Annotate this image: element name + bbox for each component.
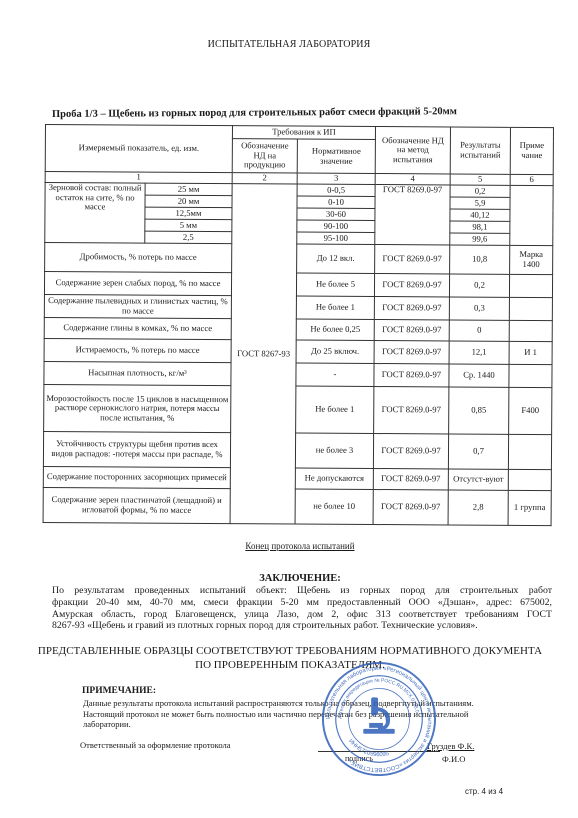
table-row: Истираемость, % потерь по массеДо 25 вкл… — [44, 338, 552, 364]
header-indicator: Измеряемый показатель, ед. изм. — [45, 125, 232, 173]
header-product-nd: Обозначение НД на продукцию — [232, 139, 297, 173]
result-value: 40,12 — [450, 209, 510, 221]
conclusion-line: По результатам проведенных испытаний объ… — [52, 585, 552, 597]
normative-value: - — [296, 363, 374, 386]
header-normative-value: Нормативное значение — [297, 139, 375, 173]
method-nd: ГОСТ 8269.0-97 — [374, 341, 449, 364]
conclusion-line: фракции 20-40 мм, 40-70 мм, смеси фракци… — [52, 597, 552, 609]
note-value — [509, 274, 552, 297]
svg-text:Аттестат аккредитации № РОСС R: Аттестат аккредитации № РОСС RU.МСК.0118… — [338, 678, 420, 720]
note-value — [509, 297, 552, 320]
table-row: Содержание зерен слабых пород, % по масс… — [44, 272, 552, 298]
normative-value: 30-60 — [297, 208, 375, 220]
result-value: 2,8 — [448, 490, 508, 525]
sieve-size: 20 мм — [145, 195, 232, 208]
verdict-line: ПО ПРОВЕРЕННЫМ ПОКАЗАТЕЛЯМ. — [0, 659, 578, 673]
table-row: Устойчивость структуры щебня против всех… — [43, 431, 551, 469]
result-value: 0 — [449, 320, 509, 341]
table-row: Морозостойкость после 15 циклов в насыще… — [44, 384, 552, 434]
result-value: Ср. 1440 — [449, 364, 509, 387]
indicator: Морозостойкость после 15 циклов в насыще… — [44, 384, 231, 432]
result-value: 0,2 — [450, 185, 510, 197]
svg-text:ИНН5720996095: ИНН5720996095 — [347, 738, 390, 758]
indicator: Истираемость, % потерь по массе — [44, 338, 231, 362]
column-number: 5 — [450, 174, 510, 185]
result-value: 5,9 — [450, 197, 510, 209]
indicator: Содержание зерен слабых пород, % по масс… — [44, 272, 231, 296]
table-row: Дробимость, % потерь по массеДо 12 вкл.Г… — [45, 243, 553, 275]
sieve-size: 12,5мм — [145, 207, 232, 220]
note-value: 1 группа — [508, 490, 551, 525]
normative-value: Не допускаются — [295, 468, 373, 489]
lab-title: ИСПЫТАТЕЛЬНАЯ ЛАБОРАТОРИЯ — [0, 39, 578, 50]
normative-value: не более 10 — [295, 489, 373, 524]
sieve-size: 2,5 — [145, 231, 232, 244]
normative-value: 0-10 — [297, 196, 375, 208]
result-value: 10,8 — [450, 245, 510, 274]
page-number: стр. 4 из 4 — [465, 787, 503, 796]
conclusion-title: ЗАКЛЮЧЕНИЕ: — [0, 573, 578, 584]
sieve-size: 25 мм — [145, 183, 232, 196]
method-nd: ГОСТ 8269.0-97 — [375, 245, 450, 274]
end-of-protocol-note: Конец протокола испытаний — [0, 541, 578, 551]
note-line: Настоящий протокол не может быть полност… — [83, 709, 503, 730]
column-number: 6 — [510, 174, 553, 185]
header-requirements: Требования к ИП — [232, 126, 375, 140]
note-value — [508, 469, 551, 490]
table-row: Содержание пылевидных и глинистых частиц… — [44, 294, 552, 320]
result-value: 0,85 — [449, 387, 509, 434]
product-nd: ГОСТ 8267-93 — [230, 184, 297, 524]
column-number: 3 — [297, 173, 375, 184]
sample-title: Проба 1/3 – Щебень из горных пород для с… — [52, 106, 457, 120]
responsible-label: Ответственный за оформление протокола — [80, 740, 231, 750]
result-value: 0,2 — [449, 274, 509, 297]
conclusion-text: По результатам проведенных испытаний объ… — [52, 585, 552, 632]
method-nd: ГОСТ 8269.0-97 — [374, 387, 449, 434]
note-value — [509, 320, 552, 341]
note-title: ПРИМЕЧАНИЕ: — [82, 686, 156, 696]
normative-value: Не более 1 — [296, 296, 374, 319]
method-nd: ГОСТ 8269.0-97 — [374, 297, 449, 320]
result-value: 0,3 — [449, 297, 509, 320]
indicator: Содержание глины в комках, % по массе — [44, 317, 231, 339]
table-row: Содержание зерен пластинчатой (лещадной)… — [43, 487, 551, 525]
note-value: И 1 — [509, 341, 552, 364]
indicator: Насыпная плотность, кг/м³ — [44, 361, 231, 385]
normative-value: 90-100 — [297, 220, 375, 232]
note-text: Данные результаты протокола испытаний ра… — [83, 698, 503, 730]
normative-value: не более 3 — [295, 433, 373, 468]
indicator: Содержание пылевидных и глинистых частиц… — [44, 294, 231, 318]
test-results-table: Измеряемый показатель, ед. изм.Требовани… — [43, 124, 554, 526]
sieve-size: 5 мм — [145, 219, 232, 232]
result-value: 12,1 — [449, 341, 509, 364]
lab-stamp-icon: Испытательная лаборатория «Региональный … — [320, 660, 438, 778]
header-note: Приме чание — [510, 127, 553, 174]
normative-value: Не более 0,25 — [296, 319, 374, 340]
method-nd: ГОСТ 8269.0-97 — [373, 434, 448, 469]
column-number: 2 — [232, 173, 297, 184]
grain-label: Зерновой состав: полный остаток на сите,… — [45, 183, 145, 244]
note-value: Марка 1400 — [510, 245, 553, 274]
result-value: 0,7 — [448, 434, 508, 469]
result-value: 98,1 — [450, 221, 510, 233]
conclusion-line: 8267-93 «Щебень и гравий из плотных горн… — [52, 620, 552, 632]
normative-value: До 25 включ. — [296, 340, 374, 363]
verdict: ПРЕДСТАВЛЕННЫЕ ОБРАЗЦЫ СООТВЕТСТВУЮТ ТРЕ… — [0, 645, 578, 673]
normative-value: Не более 5 — [296, 273, 374, 296]
header-method-nd: Обозначение НД на метод испытания — [375, 127, 450, 174]
result-value: Отсутст-вуют — [448, 469, 508, 490]
note-value — [508, 434, 551, 469]
normative-value: Не более 1 — [296, 386, 374, 433]
normative-value: 0-0,5 — [297, 184, 375, 196]
method-nd: ГОСТ 8269.0-97 — [374, 274, 449, 297]
method-nd: ГОСТ 8269.0-97 — [373, 490, 448, 525]
indicator: Устойчивость структуры щебня против всех… — [43, 431, 230, 467]
indicator: Содержание зерен пластинчатой (лещадной)… — [43, 487, 230, 523]
indicator: Содержание посторонних засоряющих примес… — [43, 466, 230, 488]
method-nd: ГОСТ 8269.0-97 — [374, 320, 449, 341]
normative-value: До 12 вкл. — [297, 244, 375, 273]
method-nd: ГОСТ 8269.0-97 — [374, 364, 449, 387]
header-results: Результаты испытаний — [450, 127, 510, 174]
normative-value: 95-100 — [297, 232, 375, 244]
method-nd: ГОСТ 8269.0-97 — [373, 469, 448, 490]
method-nd: ГОСТ 8269.0-97 — [375, 185, 450, 245]
fio-label: Ф.И.О — [442, 754, 466, 764]
note-line: Данные результаты протокола испытаний ра… — [83, 698, 503, 709]
note-value: F400 — [509, 387, 552, 434]
table-row: Насыпная плотность, кг/м³-ГОСТ 8269.0-97… — [44, 361, 552, 387]
indicator: Дробимость, % потерь по массе — [45, 243, 232, 273]
conclusion-line: Амурская область, город Благовещенск, ул… — [52, 609, 552, 621]
note-value — [510, 185, 553, 245]
note-value — [509, 364, 552, 387]
result-value: 99,6 — [450, 233, 510, 245]
verdict-line: ПРЕДСТАВЛЕННЫЕ ОБРАЗЦЫ СООТВЕТСТВУЮТ ТРЕ… — [0, 645, 578, 659]
